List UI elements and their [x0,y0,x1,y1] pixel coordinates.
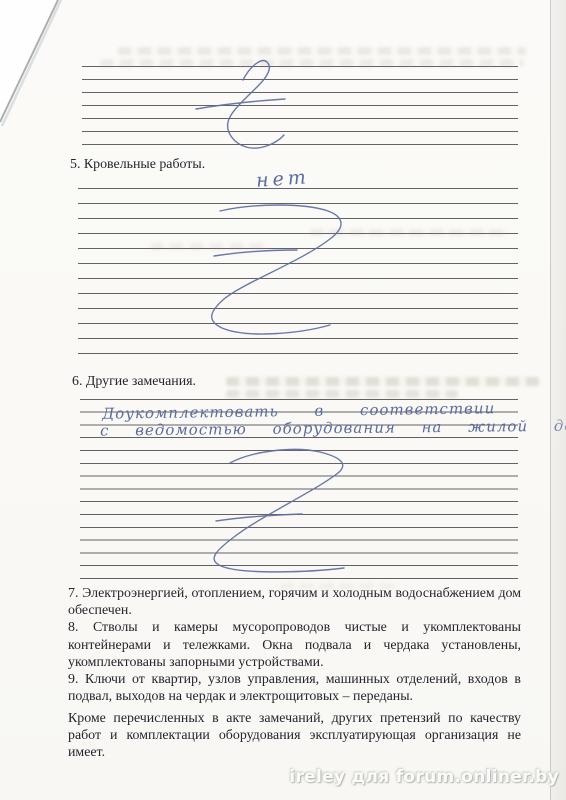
page-right-edge [550,0,566,800]
crossout-dash-middle [214,250,297,256]
forum-watermark: ireley для forum.onliner.by [289,767,559,787]
closing-paragraph: Кроме перечисленных в акте замечаний, др… [68,710,521,762]
scanned-page: 5. Кровельные работы. 6. Другие замечани… [0,0,566,800]
section5-heading: 5. Кровельные работы. [70,157,205,173]
section5-handwritten-answer: нет [255,166,310,192]
crossout-squiggle-bottom [214,449,344,571]
crossout-squiggle-middle [212,205,341,334]
paragraph-8: 8. Стволы и камеры мусоропроводов чистые… [68,619,521,671]
crossout-squiggle-top [228,61,284,149]
paragraphs-block: 7. Электроэнергией, отоплением, горячим … [68,585,521,705]
page-corner-fold [0,0,70,135]
section6-heading: 6. Другие замечания. [72,374,196,390]
paragraph-9: 9. Ключи от квартир, узлов управления, м… [68,671,521,705]
paragraph-7: 7. Электроэнергией, отоплением, горячим … [68,585,521,619]
